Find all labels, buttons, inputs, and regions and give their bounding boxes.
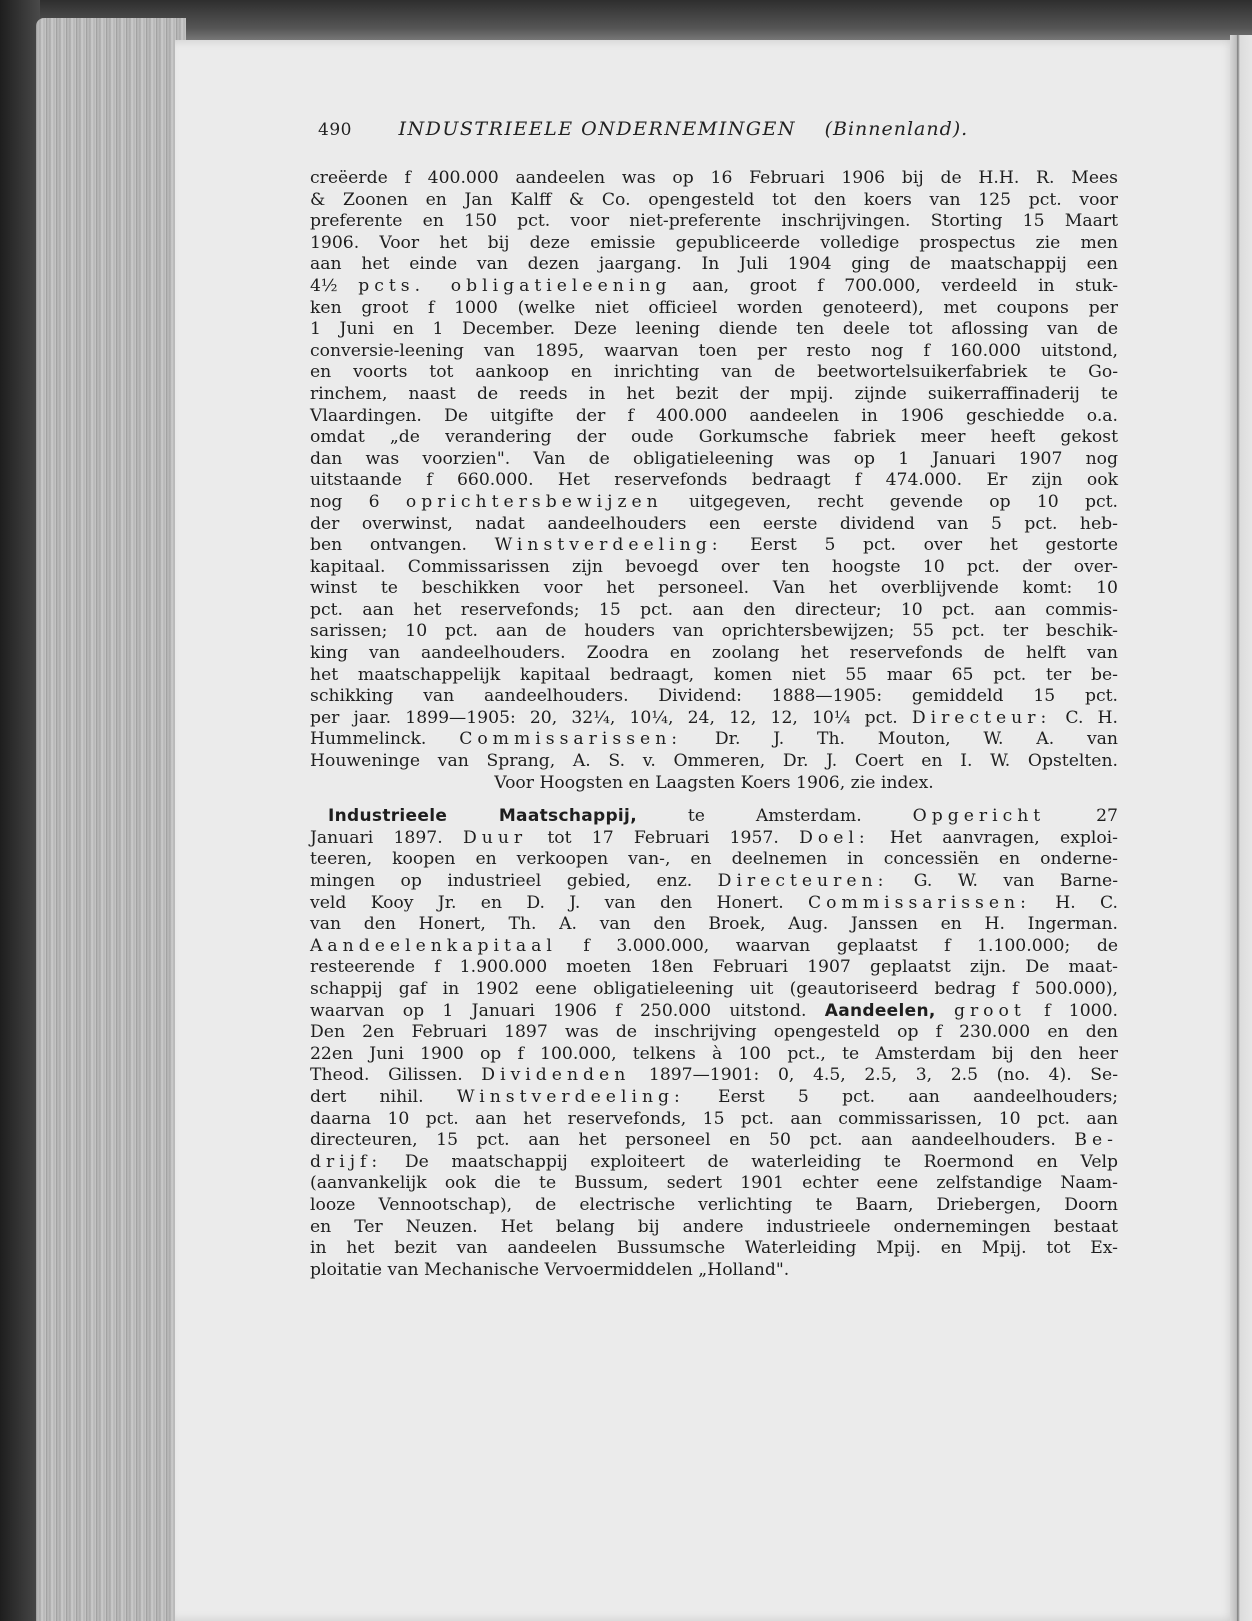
text-line: creëerde f 400.000 aandeelen was op 16 F…: [310, 168, 1118, 190]
spaced-keyword: Commissarissen:: [459, 729, 682, 749]
spaced-keyword: Duur: [463, 828, 527, 848]
text-line: waarvan op 1 Januari 1906 f 250.000 uits…: [310, 1001, 1118, 1023]
text-line: en Ter Neuzen. Het belang bij andere ind…: [310, 1217, 1118, 1239]
text-line: mingen op industrieel gebied, enz. Direc…: [310, 871, 1118, 893]
text-line: Januari 1897. Duur tot 17 Februari 1957.…: [310, 828, 1118, 850]
text-line: Vlaardingen. De uitgifte der f 400.000 a…: [310, 406, 1118, 428]
text-line: sarissen; 10 pct. aan de houders van opr…: [310, 621, 1118, 643]
spaced-keyword: Opgericht: [913, 806, 1046, 826]
page-number: 490: [318, 120, 352, 140]
text-line: kapitaal. Commissarissen zijn bevoegd ov…: [310, 557, 1118, 579]
text-line: directeuren, 15 pct. aan het personeel e…: [310, 1130, 1118, 1152]
book-page-stack: [36, 18, 186, 1621]
text-line: schappij gaf in 1902 eene obligatieleeni…: [310, 979, 1118, 1001]
text-line: resteerende f 1.900.000 moeten 18en Febr…: [310, 957, 1118, 979]
spaced-keyword: Directeuren:: [718, 871, 889, 891]
scan-left-shadow: [0, 0, 40, 1621]
spaced-keyword: oprichtersbewijzen: [406, 492, 663, 512]
text-line: drijf: De maatschappij exploiteert de wa…: [310, 1152, 1118, 1174]
text-line: (aanvankelijk ook die te Bussum, sedert …: [310, 1173, 1118, 1195]
text-line: uitstaande f 660.000. Het reservefonds b…: [310, 470, 1118, 492]
text-line: ben ontvangen. Winstverdeeling: Eerst 5 …: [310, 535, 1118, 557]
text-line: schikking van aandeelhouders. Dividend: …: [310, 686, 1118, 708]
text-line: Theod. Gilissen. Dividenden 1897—1901: 0…: [310, 1065, 1118, 1087]
section-previous-entry: creëerde f 400.000 aandeelen was op 16 F…: [310, 168, 1118, 773]
page-subtitle: (Binnenland).: [825, 118, 969, 140]
spaced-keyword: Winstverdeeling:: [457, 1087, 685, 1107]
text-line: ploitatie van Mechanische Vervoermiddele…: [310, 1260, 1118, 1282]
text-line: omdat „de verandering der oude Gorkumsch…: [310, 427, 1118, 449]
text-line: Hummelinck. Commissarissen: Dr. J. Th. M…: [310, 729, 1118, 751]
spaced-keyword: Commissarissen:: [808, 893, 1031, 913]
book-right-edge: [1230, 35, 1252, 1621]
text-line: van den Honert, Th. A. van den Broek, Au…: [310, 914, 1118, 936]
spaced-keyword: Doel:: [799, 828, 870, 848]
text-line: pct. aan het reservefonds; 15 pct. aan d…: [310, 600, 1118, 622]
spaced-keyword: groot: [954, 1001, 1026, 1021]
text-line: 22en Juni 1900 op f 100.000, telkens à 1…: [310, 1044, 1118, 1066]
text-line: dert nihil. Winstverdeeling: Eerst 5 pct…: [310, 1087, 1118, 1109]
text-line: in het bezit van aandeelen Bussumsche Wa…: [310, 1238, 1118, 1260]
spaced-keyword: drijf:: [310, 1152, 382, 1172]
body-text: creëerde f 400.000 aandeelen was op 16 F…: [310, 168, 1118, 1281]
text-line: nog 6 oprichtersbewijzen uitgegeven, rec…: [310, 492, 1118, 514]
spaced-keyword: Directeur:: [912, 708, 1051, 728]
page-title: INDUSTRIEELE ONDERNEMINGEN: [399, 118, 797, 140]
text-line: der overwinst, nadat aandeelhouders een …: [310, 514, 1118, 536]
spaced-keyword: Dividenden: [481, 1065, 630, 1085]
text-line: Aandeelenkapitaal f 3.000.000, waarvan g…: [310, 936, 1118, 958]
text-line: 1 Juni en 1 December. Deze leening diend…: [310, 319, 1118, 341]
text-line: Den 2en Februari 1897 was de inschrijvin…: [310, 1022, 1118, 1044]
text-line: aan het einde van dezen jaargang. In Jul…: [310, 254, 1118, 276]
text-line: veld Kooy Jr. en D. J. van den Honert. C…: [310, 893, 1118, 915]
text-line: preferente en 150 pct. voor niet-prefere…: [310, 211, 1118, 233]
running-head: 490 INDUSTRIEELE ONDERNEMINGEN (Binnenla…: [318, 118, 1098, 140]
text-line: king van aandeelhouders. Zoodra en zoola…: [310, 643, 1118, 665]
text-line: rinchem, naast de reeds in het bezit der…: [310, 384, 1118, 406]
text-line: ken groot f 1000 (welke niet officieel w…: [310, 298, 1118, 320]
scan-top-shadow: [0, 0, 1252, 40]
text-line: Houweninge van Sprang, A. S. v. Ommeren,…: [310, 751, 1118, 773]
text-line: 1906. Voor het bij deze emissie gepublic…: [310, 233, 1118, 255]
text-line: dan was voorzien". Van de obligatieleeni…: [310, 449, 1118, 471]
text-line: winst te beschikken voor het personeel. …: [310, 578, 1118, 600]
text-line: per jaar. 1899—1905: 20, 32¼, 10¼, 24, 1…: [310, 708, 1118, 730]
text-line: teeren, koopen en verkoopen van-, en dee…: [310, 849, 1118, 871]
spaced-keyword: pcts. obligatieleening: [358, 276, 671, 296]
text-line: conversie-leening van 1895, waarvan toen…: [310, 341, 1118, 363]
spaced-keyword: Be-: [1074, 1130, 1118, 1150]
text-line: het maatschappelijk kapitaal bedraagt, k…: [310, 665, 1118, 687]
section-industrieele-maatschappij: Industrieele Maatschappij, te Amsterdam.…: [310, 806, 1118, 1281]
text-line: en voorts tot aankoop en inrichting van …: [310, 362, 1118, 384]
text-line: looze Vennootschap), de electrische verl…: [310, 1195, 1118, 1217]
text-line: daarna 10 pct. aan het reservefonds, 15 …: [310, 1109, 1118, 1131]
text-line: 4½ pcts. obligatieleening aan, groot f 7…: [310, 276, 1118, 298]
company-name: Industrieele Maatschappij,: [328, 806, 637, 826]
koers-note: Voor Hoogsten en Laagsten Koers 1906, zi…: [310, 773, 1118, 795]
spaced-keyword: Aandeelen,: [825, 1001, 936, 1021]
text-line: & Zoonen en Jan Kalff & Co. opengesteld …: [310, 190, 1118, 212]
spaced-keyword: Winstverdeeling:: [495, 535, 723, 555]
text-line: Industrieele Maatschappij, te Amsterdam.…: [310, 806, 1118, 828]
spaced-keyword: Aandeelenkapitaal: [310, 936, 557, 956]
